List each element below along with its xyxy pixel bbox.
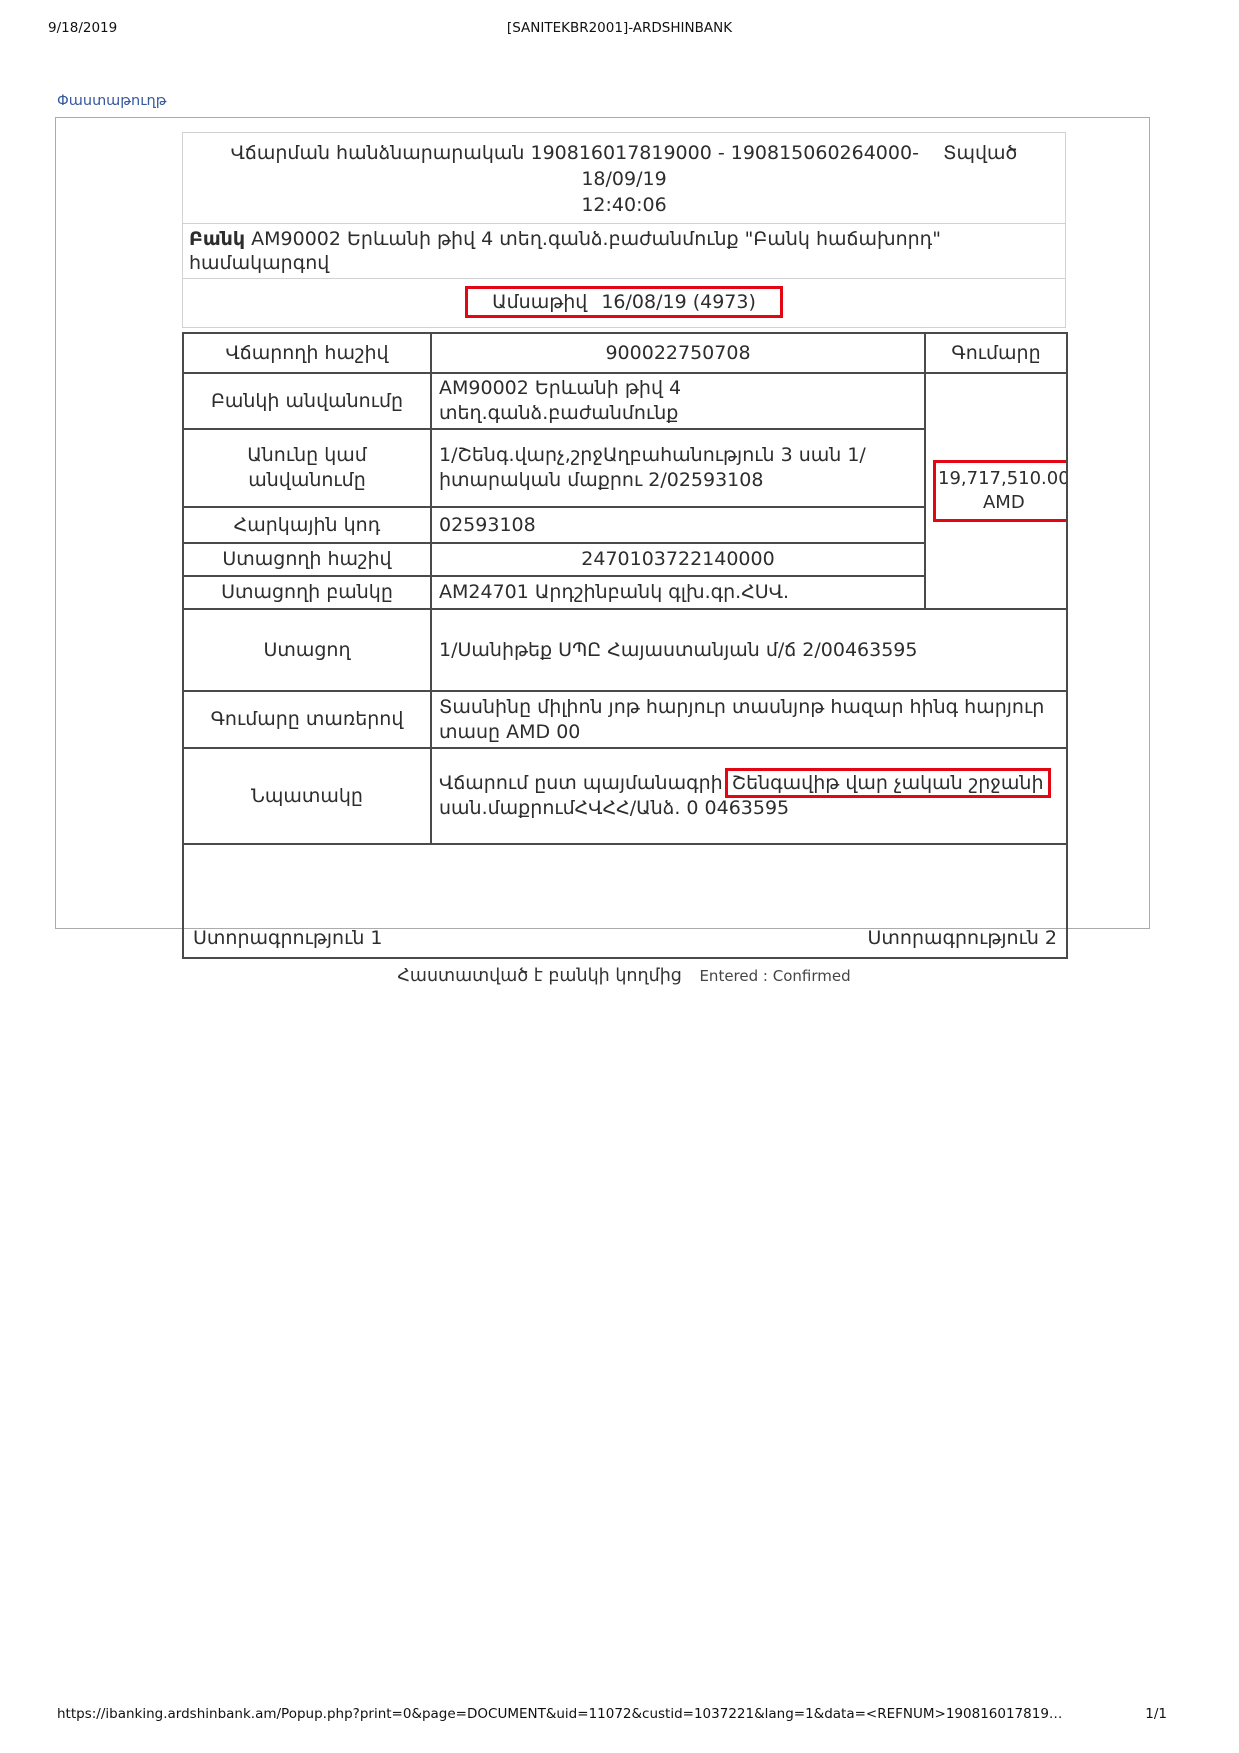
- payer-name-label: Անունը կամ անվանումը: [183, 429, 431, 507]
- signature-1-label: Ստորագրություն 1: [193, 926, 383, 951]
- amount-cell: 19,717,510.00 AMD: [925, 373, 1067, 609]
- document-container: Վճարման հանձնարարական 190816017819000 - …: [55, 117, 1150, 929]
- purpose-line1: Վճարում ըստ պայմանագրիՇենգավիթ վար չական…: [439, 771, 1059, 796]
- highlight-box-purpose: Շենգավիթ վար չական շրջանի: [725, 768, 1051, 798]
- payer-bank-name-label: Բանկի անվանումը: [183, 373, 431, 429]
- document-link[interactable]: Փաստաթուղթ: [57, 93, 166, 109]
- highlight-box-amount: 19,717,510.00 AMD: [933, 460, 1067, 522]
- table-row: Նպատակը Վճարում ըստ պայմանագրիՇենգավիթ վ…: [183, 748, 1067, 844]
- amount-value: 19,717,510.00: [938, 467, 1067, 491]
- date-value: 16/08/19 (4973): [601, 291, 756, 313]
- table-row: Գումարը տառերով Տասնինը միլիոն յոթ հարյո…: [183, 691, 1067, 748]
- purpose-prefix: Վճարում ըստ պայմանագրի: [439, 772, 723, 794]
- tax-code-label: Հարկային կոդ: [183, 507, 431, 543]
- purpose-label: Նպատակը: [183, 748, 431, 844]
- table-row: Բանկի անվանումը AM90002 Երևանի թիվ 4 տեղ…: [183, 373, 1067, 429]
- payment-order-table: Վճարողի հաշիվ 900022750708 Գումարը Բանկի…: [182, 332, 1068, 959]
- footer-page-number: 1/1: [1145, 1706, 1167, 1722]
- document-header-block: Վճարման հանձնարարական 190816017819000 - …: [182, 132, 1066, 328]
- amount-words-label: Գումարը տառերով: [183, 691, 431, 748]
- date-label: Ամսաթիվ: [492, 291, 587, 313]
- order-title-row: Վճարման հանձնարարական 190816017819000 - …: [183, 133, 1065, 223]
- beneficiary-account-label: Ստացողի հաշիվ: [183, 543, 431, 576]
- beneficiary-value: 1/Սանիթեք ՍՊԸ Հայաստանյան մ/ճ 2/00463595: [431, 609, 1067, 691]
- payer-name-line2: իտարական մաքրու 2/02593108: [439, 468, 917, 493]
- payment-order-document: Վճարման հանձնարարական 190816017819000 - …: [182, 132, 1066, 986]
- print-title: [SANITEKBR2001]-ARDSHINBANK: [0, 20, 1239, 36]
- confirmation-text-armenian: Հաստատված է բանկի կողմից: [397, 966, 681, 986]
- purpose-line2: սան.մաքրումՀՎՀՀ/Անձ. 0 0463595: [439, 796, 1059, 821]
- bank-line: Բանկ AM90002 Երևանի թիվ 4 տեղ.գանձ.բաժան…: [183, 223, 1065, 278]
- highlight-box-date: Ամսաթիվ16/08/19 (4973): [465, 286, 783, 318]
- order-print-time: 12:40:06: [189, 192, 1059, 218]
- confirmation-line: Հաստատված է բանկի կողմից Entered : Confi…: [182, 966, 1066, 986]
- payer-account-value: 900022750708: [431, 333, 925, 373]
- browser-print-footer: https://ibanking.ardshinbank.am/Popup.ph…: [57, 1706, 1167, 1722]
- payer-bank-name-value: AM90002 Երևանի թիվ 4 տեղ.գանձ.բաժանմունք: [431, 373, 925, 429]
- bank-text: AM90002 Երևանի թիվ 4 տեղ.գանձ.բաժանմունք…: [189, 228, 941, 274]
- table-row: Վճարողի հաշիվ 900022750708 Գումարը: [183, 333, 1067, 373]
- purpose-value: Վճարում ըստ պայմանագրիՇենգավիթ վար չական…: [431, 748, 1067, 844]
- purpose-highlighted-text: Շենգավիթ վար չական շրջանի: [732, 772, 1044, 794]
- beneficiary-bank-label: Ստացողի բանկը: [183, 576, 431, 609]
- bank-label: Բանկ: [189, 228, 245, 250]
- amount-words-value: Տասնինը միլիոն յոթ հարյուր տասնյոթ հազար…: [431, 691, 1067, 748]
- footer-url: https://ibanking.ardshinbank.am/Popup.ph…: [57, 1706, 1062, 1722]
- amount-header: Գումարը: [925, 333, 1067, 373]
- confirmation-status: Entered : Confirmed: [699, 967, 850, 985]
- payer-name-line1: 1/Շենգ.վարչ,շրջԱղբահանություն 3 սան 1/: [439, 443, 917, 468]
- amount-currency: AMD: [938, 491, 1067, 515]
- date-row: Ամսաթիվ16/08/19 (4973): [183, 278, 1065, 327]
- order-reference-line: Վճարման հանձնարարական 190816017819000 - …: [189, 140, 1059, 192]
- beneficiary-account-value: 2470103722140000: [431, 543, 925, 576]
- table-row: Ստորագրություն 1 Ստորագրություն 2: [183, 844, 1067, 958]
- signature-2-label: Ստորագրություն 2: [868, 926, 1058, 951]
- tax-code-value: 02593108: [431, 507, 925, 543]
- beneficiary-bank-value: AM24701 Արդշինբանկ գլխ.գր.ՀՍՎ.: [431, 576, 925, 609]
- signatures-cell: Ստորագրություն 1 Ստորագրություն 2: [183, 844, 1067, 958]
- payer-name-value: 1/Շենգ.վարչ,շրջԱղբահանություն 3 սան 1/ ի…: [431, 429, 925, 507]
- table-row: Ստացող 1/Սանիթեք ՍՊԸ Հայաստանյան մ/ճ 2/0…: [183, 609, 1067, 691]
- beneficiary-label: Ստացող: [183, 609, 431, 691]
- payer-account-label: Վճարողի հաշիվ: [183, 333, 431, 373]
